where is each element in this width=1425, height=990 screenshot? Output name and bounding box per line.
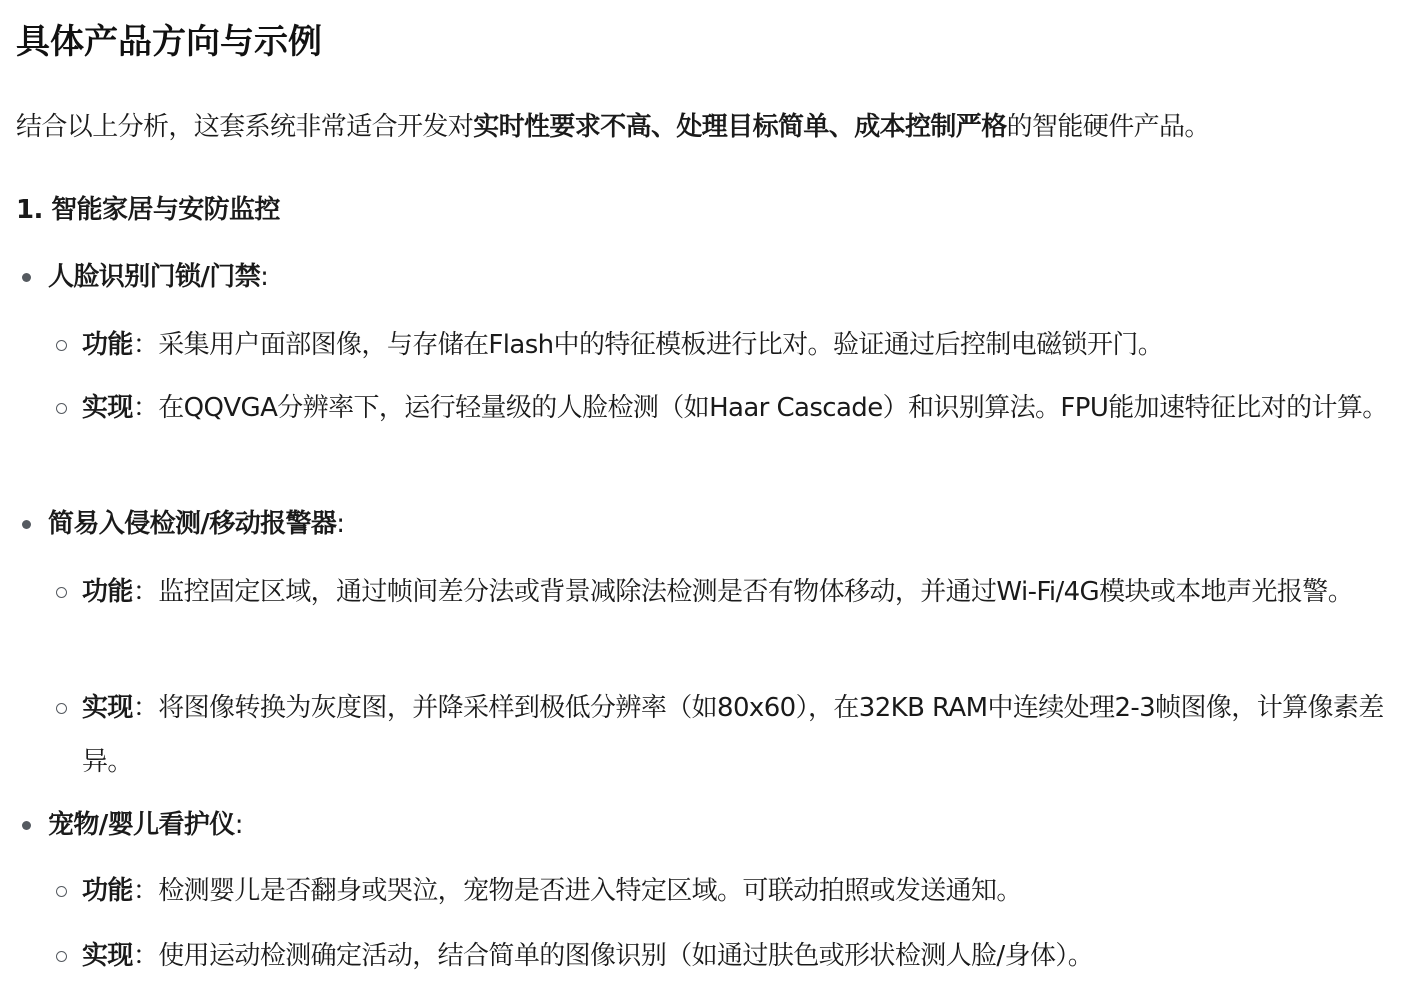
subitem-text: 使用运动检测确定活动，结合简单的图像识别（如通过肤色或形状检测人脸/身体）。 [158,941,1093,971]
bullet-circle-icon [56,951,67,962]
section-heading: 1. 智能家居与安防监控 [16,188,280,232]
bullet-circle-icon [56,340,67,351]
subitem-text: 在QQVGA分辨率下，运行轻量级的人脸检测（如Haar Cascade）和识别算… [158,393,1387,423]
list-subitem: 功能：检测婴儿是否翻身或哭泣，宠物是否进入特定区域。可联动拍照或发送通知。 [82,864,1417,918]
bullet-circle-icon [56,886,67,897]
item-name: 简易入侵检测/移动报警器 [48,509,336,539]
item-name: 宠物/婴儿看护仪 [48,810,235,840]
list-subitem: 实现：在QQVGA分辨率下，运行轻量级的人脸检测（如Haar Cascade）和… [82,381,1417,435]
list-item-title: 宠物/婴儿看护仪: [48,803,243,847]
subitem-key: 实现 [82,941,133,971]
intro-paragraph: 结合以上分析，这套系统非常适合开发对实时性要求不高、处理目标简单、成本控制严格的… [16,102,1210,152]
subitem-sep: ： [133,393,158,423]
list-subitem: 实现：使用运动检测确定活动，结合简单的图像识别（如通过肤色或形状检测人脸/身体）… [82,929,1417,983]
subitem-sep: ： [133,876,158,906]
subitem-sep: ： [133,577,158,607]
item-colon: : [235,810,243,840]
bullet-disc-icon [22,273,31,282]
list-subitem: 功能：监控固定区域，通过帧间差分法或背景减除法检测是否有物体移动，并通过Wi-F… [82,565,1417,619]
subitem-sep: ： [133,693,158,723]
list-subitem: 实现：将图像转换为灰度图，并降采样到极低分辨率（如80x60），在32KB RA… [82,681,1417,789]
subitem-key: 实现 [82,393,133,423]
bullet-circle-icon [56,403,67,414]
subitem-text: 将图像转换为灰度图，并降采样到极低分辨率（如80x60），在32KB RAM中连… [82,693,1384,777]
intro-prefix: 结合以上分析，这套系统非常适合开发对 [16,112,473,142]
subitem-sep: ： [133,330,158,360]
item-colon: : [260,262,268,292]
list-subitem: 功能：采集用户面部图像，与存储在Flash中的特征模板进行比对。验证通过后控制电… [82,318,1417,372]
subitem-key: 功能 [82,876,133,906]
subitem-key: 功能 [82,577,133,607]
subitem-text: 检测婴儿是否翻身或哭泣，宠物是否进入特定区域。可联动拍照或发送通知。 [158,876,1022,906]
list-item-title: 人脸识别门锁/门禁: [48,255,268,299]
subitem-key: 功能 [82,330,133,360]
list-item-title: 简易入侵检测/移动报警器: [48,502,344,546]
intro-suffix: 的智能硬件产品。 [1007,112,1210,142]
subitem-text: 监控固定区域，通过帧间差分法或背景减除法检测是否有物体移动，并通过Wi-Fi/4… [158,577,1353,607]
bullet-disc-icon [22,821,31,830]
subitem-text: 采集用户面部图像，与存储在Flash中的特征模板进行比对。验证通过后控制电磁锁开… [158,330,1163,360]
page-title: 具体产品方向与示例 [16,14,322,70]
bullet-circle-icon [56,703,67,714]
bullet-circle-icon [56,587,67,598]
item-name: 人脸识别门锁/门禁 [48,262,260,292]
subitem-key: 实现 [82,693,133,723]
bullet-disc-icon [22,520,31,529]
intro-bold: 实时性要求不高、处理目标简单、成本控制严格 [473,112,1006,142]
subitem-sep: ： [133,941,158,971]
item-colon: : [336,509,344,539]
